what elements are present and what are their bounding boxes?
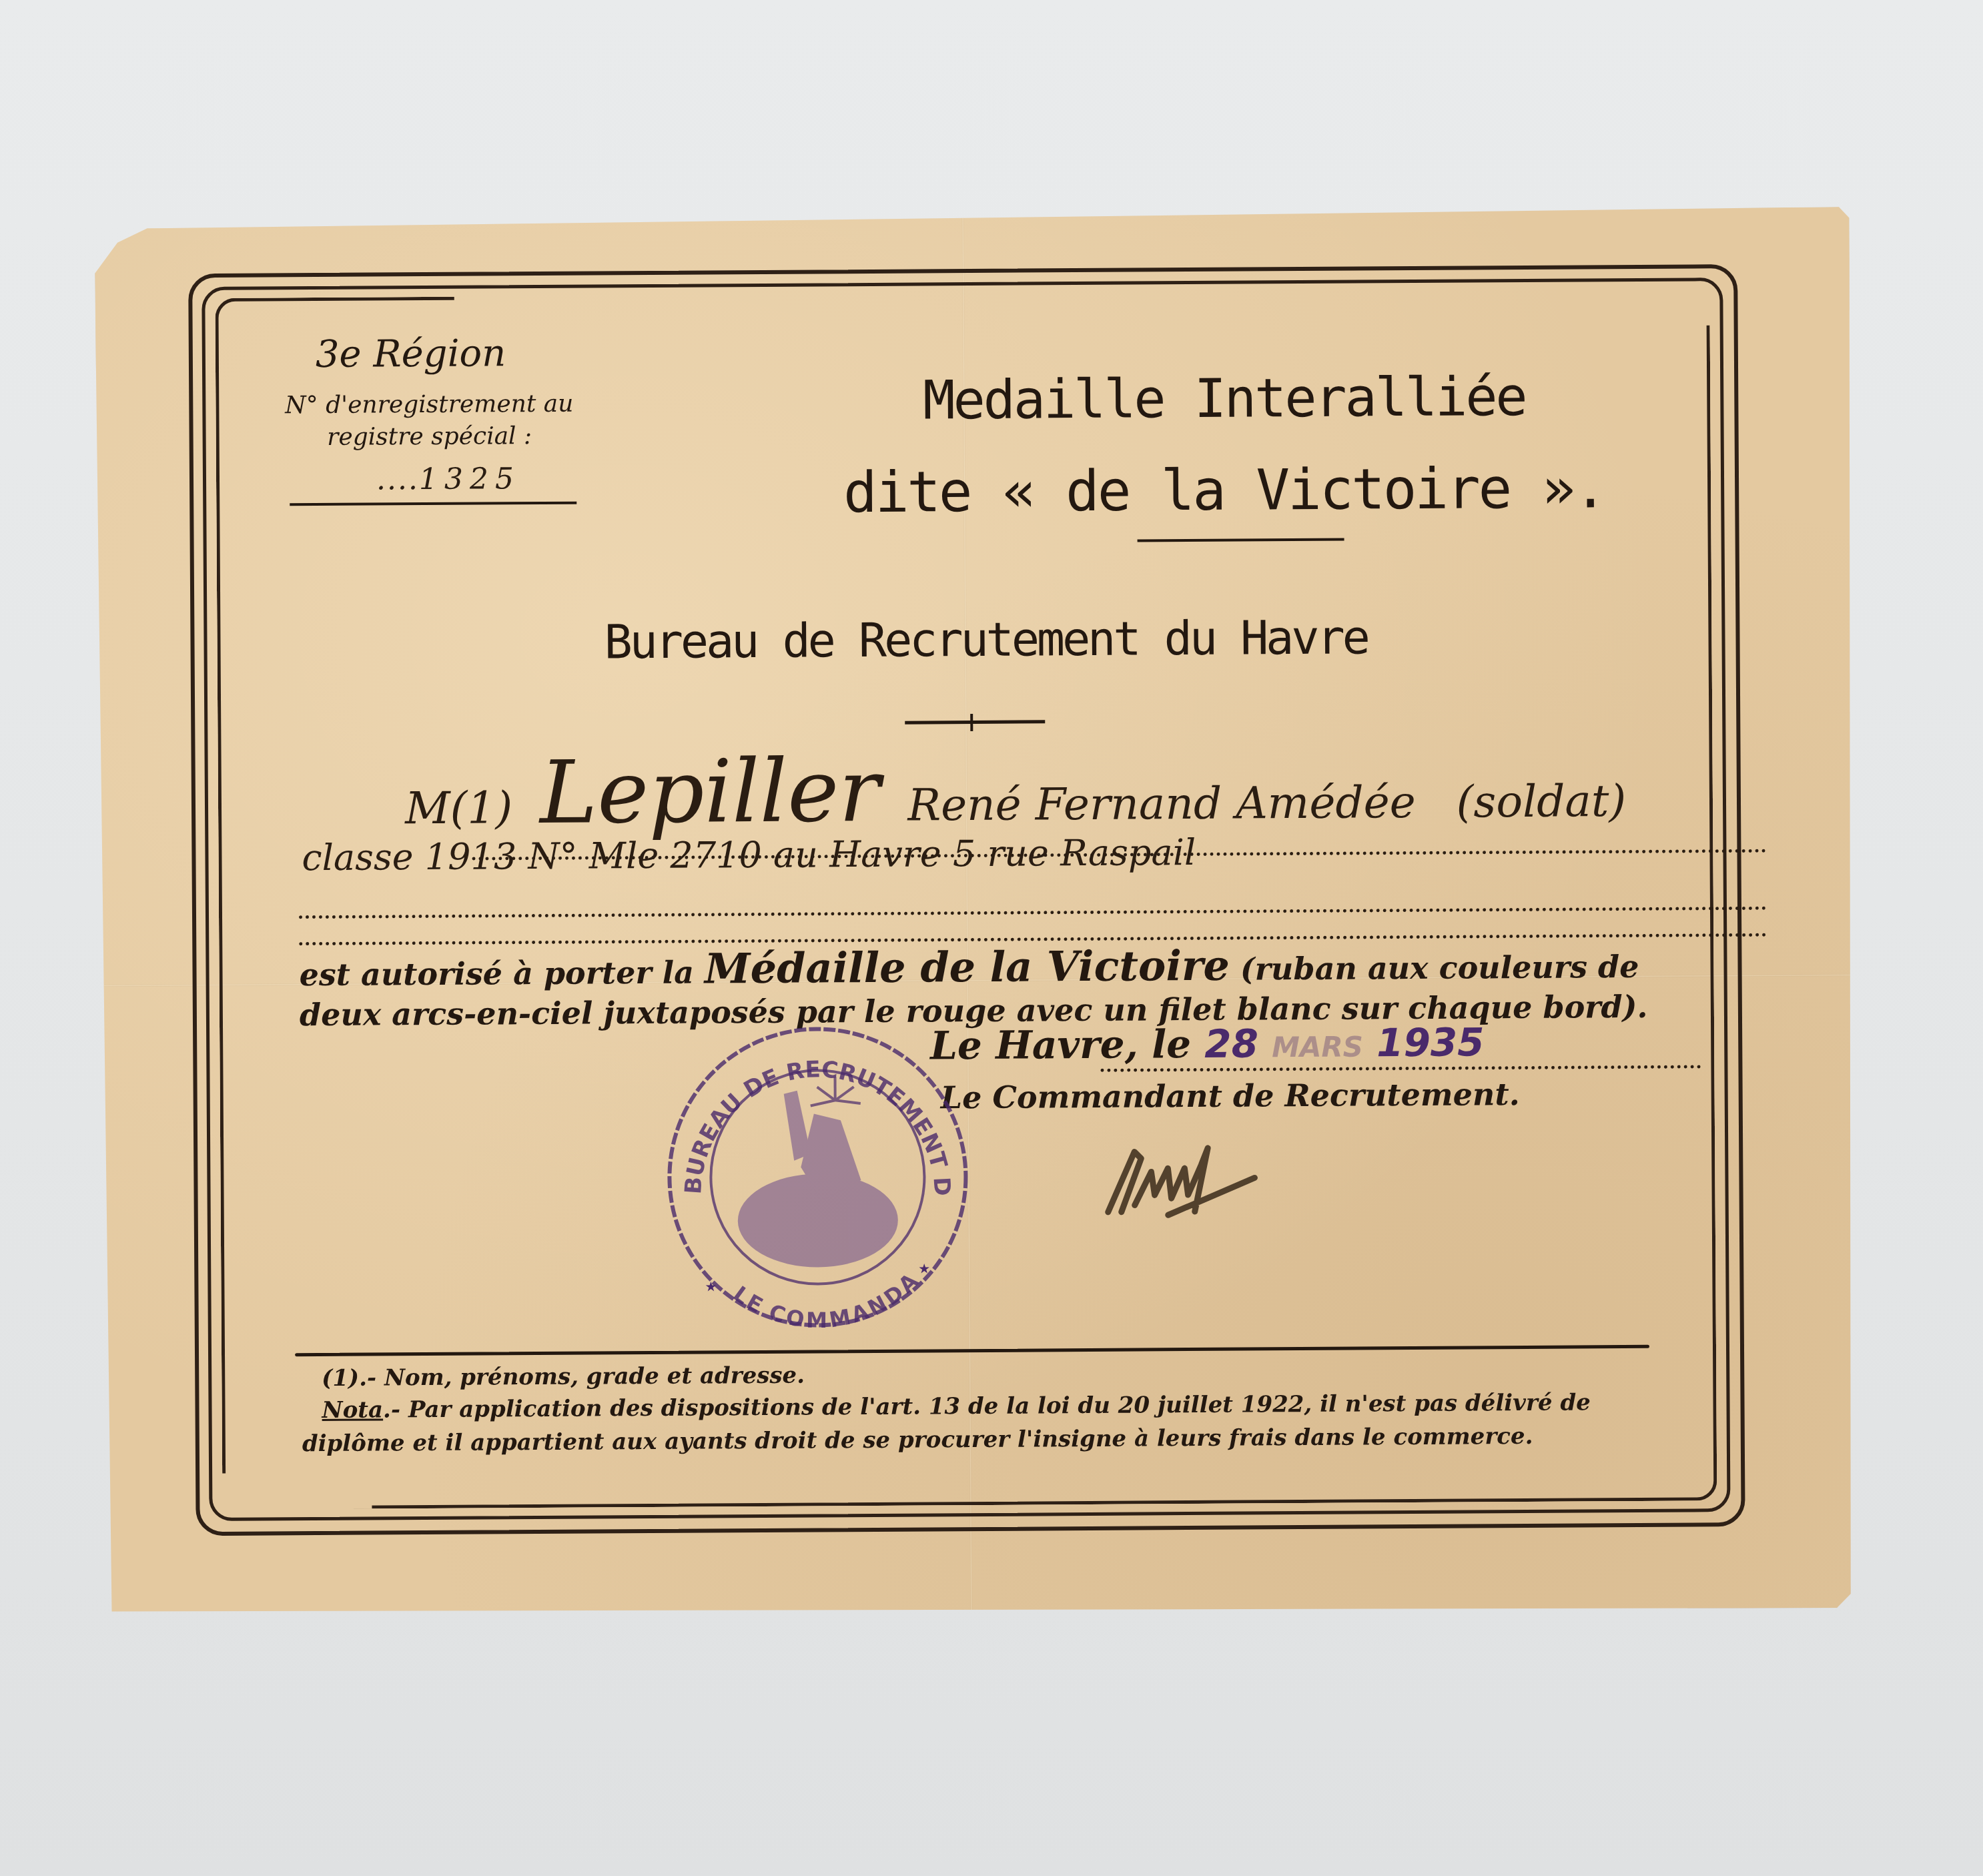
recipient-given-names: René Fernand Amédée <box>907 777 1416 831</box>
place-date-line: Le Havre, le 28 MARS 1935 <box>930 1019 1485 1068</box>
office-heading: Bureau de Recrutement du Havre <box>604 610 1368 669</box>
commander-signature <box>1094 1131 1268 1226</box>
title-line-2: dite « de la Victoire ». <box>843 455 1605 525</box>
recipient-surname: Lepiller <box>539 740 880 843</box>
medal-name: Médaille de la Victoire <box>705 941 1230 993</box>
official-stamp-icon: BUREAU DE RECRUTEMENT DU HAVRE LE COMMAN… <box>660 1019 975 1335</box>
region-label: 3e Région <box>316 332 506 376</box>
svg-text:★: ★ <box>918 1260 930 1276</box>
recipient-line: M(1) Lepiller René Fernand Amédée (solda… <box>404 735 1626 844</box>
recipient-address: classe 1913 N° Mle 2710 au Havre 5 rue R… <box>302 831 1196 879</box>
authorization-before: est autorisé à porter la <box>299 955 694 993</box>
registration-label: N° d'enregistrement au registre spécial … <box>269 388 590 454</box>
authorization-after: (ruban aux couleurs de <box>1240 949 1639 987</box>
registration-number: 1325 <box>376 462 520 496</box>
nota-label: Nota <box>322 1396 383 1424</box>
authorization-line-1: est autorisé à porter la Médaille de la … <box>299 939 1639 995</box>
recipient-prefix: M(1) <box>405 782 513 834</box>
recipient-grade: (soldat) <box>1456 775 1626 828</box>
certificate-paper: 3e Région N° d'enregistrement au registr… <box>95 207 1858 1618</box>
svg-text:★: ★ <box>705 1278 717 1294</box>
signatory-title: Le Commandant de Recrutement. <box>941 1076 1520 1115</box>
footnote-1: (1).- Nom, prénoms, grade et adresse. <box>322 1362 805 1392</box>
title-line-1: Medaille Interalliée <box>923 366 1526 432</box>
date-stamp: 28 MARS 1935 <box>1204 1019 1485 1067</box>
